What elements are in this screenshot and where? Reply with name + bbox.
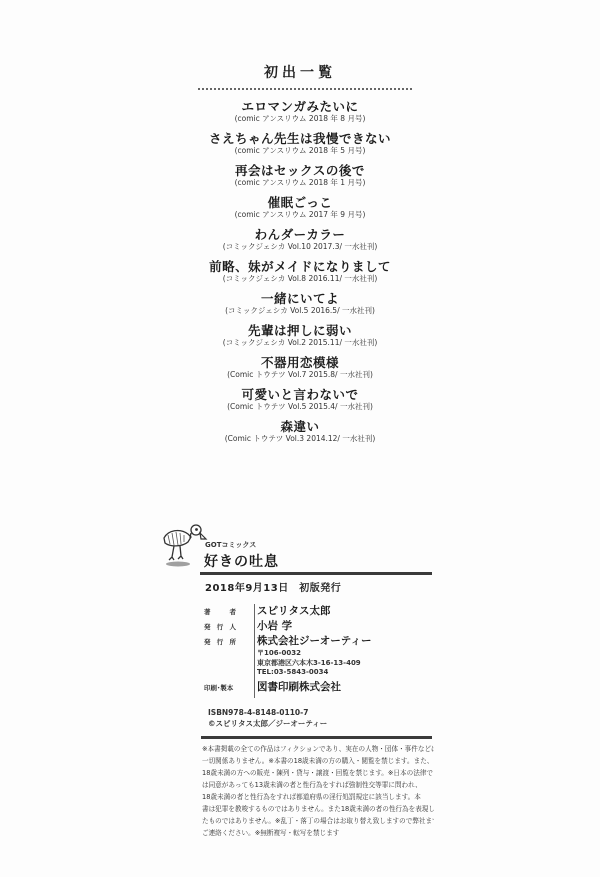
- toc-item: 先輩は押しに弱い (コミックジェシカ Vol.2 2015.11/ 一水社刊): [0, 323, 600, 355]
- credit-row-author: 著 者 スピリタス太郎: [204, 604, 444, 619]
- toc-item-source: (コミックジェシカ Vol.2 2015.11/ 一水社刊): [0, 338, 600, 348]
- title-divider: [200, 572, 432, 575]
- publisher-label: 発 行 所: [204, 634, 250, 646]
- notice-line: 書は犯罪を教唆するものではありません。また18歳未満の者の性行為を表現し: [202, 803, 434, 815]
- credit-row-publisher-person: 発 行 人 小岩 学: [204, 619, 444, 634]
- toc-item-title: 森違い: [0, 419, 600, 434]
- toc-item: 森違い (Comic トウテツ Vol.3 2014.12/ 一水社刊): [0, 419, 600, 451]
- copyright-notice: ©スピリタス太郎／ジーオーティー: [208, 718, 327, 729]
- publisher-name: 株式会社ジーオーティー: [257, 634, 371, 649]
- toc-item: さえちゃん先生は我慢できない (comic アンスリウム 2018 年 5 月号…: [0, 131, 600, 163]
- credit-row-publisher: 発 行 所 株式会社ジーオーティー: [204, 634, 444, 649]
- author-label: 著 者: [204, 604, 250, 616]
- toc-item-title: 先輩は押しに弱い: [0, 323, 600, 338]
- street-address: 東京都港区六本木3-16-13-409: [257, 659, 444, 669]
- credits-block: 著 者 スピリタス太郎 発 行 人 小岩 学 発 行 所 株式会社ジーオーティー…: [204, 604, 444, 695]
- notice-line: 18歳未満の方への販売・陳列・貸与・譲渡・回覧を禁じます。※日本の法律で: [202, 767, 434, 779]
- toc-item-title: エロマンガみたいに: [0, 99, 600, 114]
- dotted-divider: [198, 88, 412, 90]
- publisher-person-name: 小岩 学: [257, 619, 292, 634]
- toc-item-title: 一緒にいてよ: [0, 291, 600, 306]
- toc-item-source: (Comic トウテツ Vol.3 2014.12/ 一水社刊): [0, 434, 600, 444]
- toc-item-title: 催眠ごっこ: [0, 195, 600, 210]
- toc-item-source: (comic アンスリウム 2018 年 5 月号): [0, 146, 600, 156]
- toc-item-source: (Comic トウテツ Vol.5 2015.4/ 一水社刊): [0, 402, 600, 412]
- toc-item: 一緒にいてよ (コミックジェシカ Vol.5 2016.5/ 一水社刊): [0, 291, 600, 323]
- toc-item: 前略、妹がメイドになりまして (コミックジェシカ Vol.8 2016.11/ …: [0, 259, 600, 291]
- isbn-block: ISBN978-4-8148-0110-7 ©スピリタス太郎／ジーオーティー: [208, 707, 327, 729]
- toc-item-source: (コミックジェシカ Vol.10 2017.3/ 一水社刊): [0, 242, 600, 252]
- publisher-person-label: 発 行 人: [204, 619, 250, 631]
- publication-date: 2018年9月13日 初版発行: [205, 579, 341, 594]
- printer-name: 図書印刷株式会社: [257, 680, 341, 695]
- toc-item-source: (comic アンスリウム 2017 年 9 月号): [0, 210, 600, 220]
- publisher-address: 〒106-0032 東京都港区六本木3-16-13-409 TEL:03-584…: [257, 649, 444, 678]
- toc-item-title: 再会はセックスの後で: [0, 163, 600, 178]
- credits-vertical-rule: [254, 604, 255, 698]
- legal-notice: ※本書掲載の全ての作品はフィクションであり、実在の人物・団体・事件などは 一切関…: [202, 743, 434, 839]
- notice-line: たものではありません。※乱丁・落丁の場合はお取り替え致しますので弊社まで: [202, 815, 434, 827]
- toc-item-title: わんダーカラー: [0, 227, 600, 242]
- notice-line: は同意があっても13歳未満の者と性行為をすれば強制性交等罪に問われ、: [202, 779, 434, 791]
- credit-row-printer: 印刷･製本 図書印刷株式会社: [204, 680, 444, 695]
- toc-item-source: (comic アンスリウム 2018 年 8 月号): [0, 114, 600, 124]
- printer-label: 印刷･製本: [204, 680, 250, 692]
- toc-item: 再会はセックスの後で (comic アンスリウム 2018 年 1 月号): [0, 163, 600, 195]
- bird-logo-icon: [160, 520, 208, 568]
- toc-item: わんダーカラー (コミックジェシカ Vol.10 2017.3/ 一水社刊): [0, 227, 600, 259]
- toc-item-title: 可愛いと言わないで: [0, 387, 600, 402]
- postal-code: 〒106-0032: [257, 649, 444, 659]
- toc-item: エロマンガみたいに (comic アンスリウム 2018 年 8 月号): [0, 99, 600, 131]
- author-name: スピリタス太郎: [257, 604, 331, 619]
- telephone: TEL:03-5843-0034: [257, 668, 444, 678]
- notice-line: ご連絡ください。※無断複写・転写を禁じます: [202, 827, 434, 839]
- toc-item-title: 前略、妹がメイドになりまして: [0, 259, 600, 274]
- notice-divider: [201, 736, 432, 739]
- toc-list: エロマンガみたいに (comic アンスリウム 2018 年 8 月号) さえち…: [0, 99, 600, 451]
- isbn-number: ISBN978-4-8148-0110-7: [208, 707, 327, 718]
- toc-item-source: (comic アンスリウム 2018 年 1 月号): [0, 178, 600, 188]
- notice-line: ※本書掲載の全ての作品はフィクションであり、実在の人物・団体・事件などは: [202, 743, 434, 755]
- imprint-label: GOTコミックス: [205, 540, 256, 550]
- toc-item-source: (Comic トウテツ Vol.7 2015.8/ 一水社刊): [0, 370, 600, 380]
- toc-item-source: (コミックジェシカ Vol.8 2016.11/ 一水社刊): [0, 274, 600, 284]
- colophon-page: 初出一覧 エロマンガみたいに (comic アンスリウム 2018 年 8 月号…: [0, 0, 600, 877]
- toc-heading: 初出一覧: [0, 62, 600, 82]
- notice-line: 18歳未満の者と性行為をすれば都道府県の淫行処罰規定に該当します。本: [202, 791, 434, 803]
- toc-item-source: (コミックジェシカ Vol.5 2016.5/ 一水社刊): [0, 306, 600, 316]
- toc-item: 可愛いと言わないで (Comic トウテツ Vol.5 2015.4/ 一水社刊…: [0, 387, 600, 419]
- toc-item-title: 不器用恋模様: [0, 355, 600, 370]
- toc-item: 不器用恋模様 (Comic トウテツ Vol.7 2015.8/ 一水社刊): [0, 355, 600, 387]
- toc-item: 催眠ごっこ (comic アンスリウム 2017 年 9 月号): [0, 195, 600, 227]
- notice-line: 一切関係ありません。※本書の18歳未満の方の購入・閲覧を禁じます。また、: [202, 755, 434, 767]
- book-title: 好きの吐息: [204, 551, 279, 571]
- toc-item-title: さえちゃん先生は我慢できない: [0, 131, 600, 146]
